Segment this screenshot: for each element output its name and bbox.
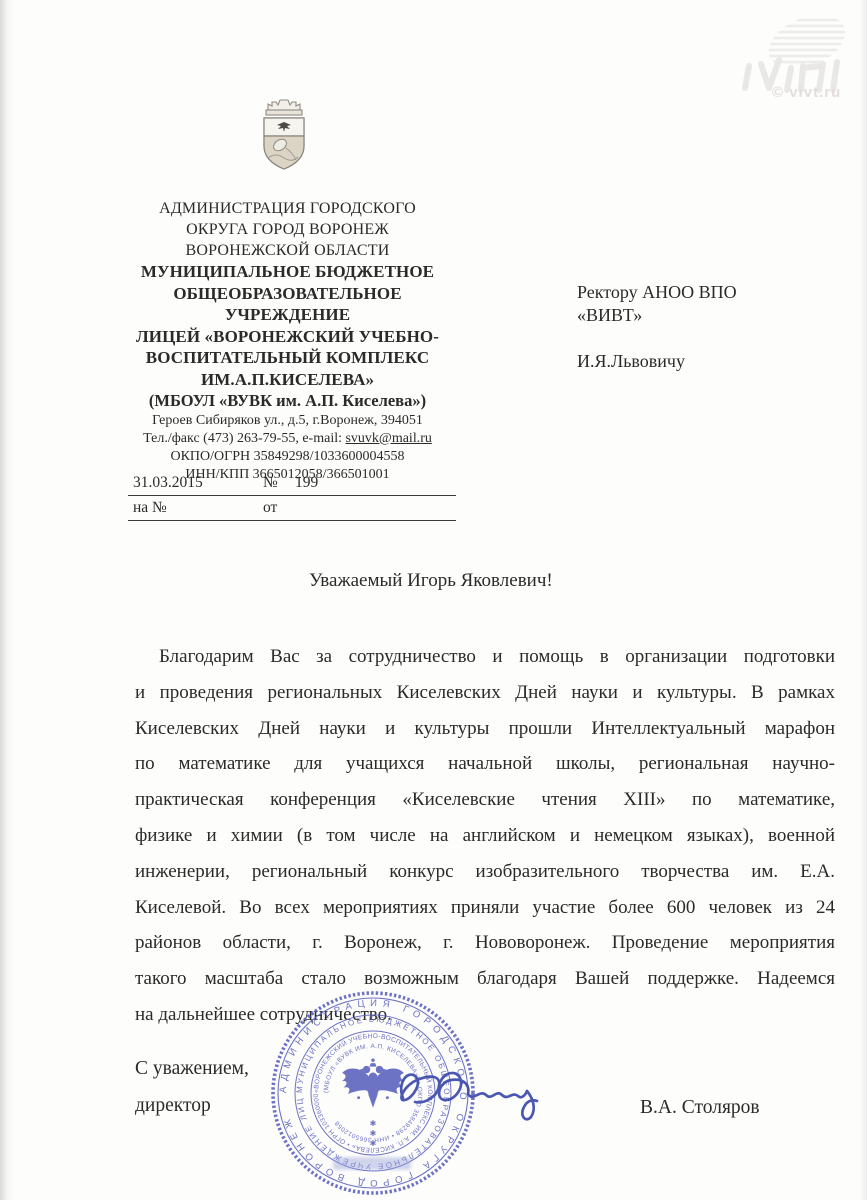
closing-regards: С уважением, xyxy=(135,1058,249,1080)
letterhead-admin-line: ОКРУГА ГОРОД ВОРОНЕЖ xyxy=(100,219,475,240)
body-line: Благодарим Вас за сотрудничество и помощ… xyxy=(135,639,835,675)
letterhead-org-short: (МБОУЛ «ВУВК им. А.П. Киселева») xyxy=(100,390,475,412)
salutation: Уважаемый Игорь Яковлевич! xyxy=(309,570,553,592)
voronezh-coat-of-arms-icon xyxy=(254,96,314,178)
body-line: районов области, г. Воронеж, г. Нововоро… xyxy=(135,925,835,961)
letterhead-org-line: УЧРЕЖДЕНИЕ xyxy=(100,304,475,326)
number-sign: № xyxy=(263,474,278,492)
reference-row-date: 31.03.2015 № 199 xyxy=(128,474,456,495)
scan-edge-right xyxy=(859,0,867,1200)
addressee-name: И.Я.Львовичу xyxy=(577,350,737,373)
body-line: физике и химии (в том числе на английско… xyxy=(135,818,835,854)
letter-date: 31.03.2015 xyxy=(133,474,203,492)
body-line: практическая конференция «Киселевские чт… xyxy=(135,782,835,818)
body-line: такого масштаба стало возможным благодар… xyxy=(135,961,835,997)
letter-body: Благодарим Вас за сотрудничество и помощ… xyxy=(135,639,835,1033)
scanned-letter-page: © vivt.ru АДМИНИСТРАЦИЯ ГОРОДСКОГО ОКРУГ… xyxy=(0,0,867,1200)
body-line: и проведения региональных Киселевских Дн… xyxy=(135,675,835,711)
reference-rule xyxy=(128,520,456,521)
body-line: Киселевой. Во всех мероприятиях приняли … xyxy=(135,890,835,926)
letterhead: АДМИНИСТРАЦИЯ ГОРОДСКОГО ОКРУГА ГОРОД ВО… xyxy=(100,198,475,484)
addressee-block: Ректору АНОО ВПО «ВИВТ» И.Я.Львовичу xyxy=(577,281,737,373)
letterhead-address: Героев Сибиряков ул., д.5, г.Воронеж, 39… xyxy=(100,412,475,430)
letterhead-email: svuvk@mail.ru xyxy=(345,431,431,446)
addressee-line: «ВИВТ» xyxy=(577,304,737,327)
letterhead-phone: Тел./факс (473) 263-79-55, e-mail: xyxy=(143,431,345,446)
watermark-credit: © vivt.ru xyxy=(772,84,841,101)
body-line: на дальнейшее сотрудничество. xyxy=(135,997,835,1033)
letterhead-admin-line: АДМИНИСТРАЦИЯ ГОРОДСКОГО xyxy=(100,198,475,219)
closing-position: директор xyxy=(135,1095,211,1117)
from-label: от xyxy=(263,499,277,517)
reference-rule xyxy=(128,495,456,496)
seal-smudge xyxy=(333,1157,411,1170)
letterhead-contact: Тел./факс (473) 263-79-55, e-mail: svuvk… xyxy=(100,430,475,448)
body-line: инженерии, региональный конкурс изобрази… xyxy=(135,854,835,890)
seal-star: ✱ xyxy=(370,1129,377,1138)
letterhead-admin-line: ВОРОНЕЖСКОЙ ОБЛАСТИ xyxy=(100,240,475,261)
letterhead-okpo-ogrn: ОКПО/ОГРН 35849298/1033600004558 xyxy=(100,448,475,466)
letterhead-org-line: ВОСПИТАТЕЛЬНЫЙ КОМПЛЕКС xyxy=(100,347,475,369)
letterhead-org-line: ИМ.А.П.КИСЕЛЕВА» xyxy=(100,369,475,391)
seal-star: ✱ xyxy=(370,1139,377,1148)
addressee-line: Ректору АНОО ВПО xyxy=(577,281,737,304)
reference-block: 31.03.2015 № 199 на № от xyxy=(128,474,456,520)
letterhead-org-line: МУНИЦИПАЛЬНОЕ БЮДЖЕТНОЕ xyxy=(100,261,475,283)
seal-star: ✱ xyxy=(370,1119,377,1128)
letterhead-org-line: ЛИЦЕЙ «ВОРОНЕЖСКИЙ УЧЕБНО- xyxy=(100,326,475,348)
reply-to-label: на № xyxy=(133,499,167,517)
reference-row-reply: на № от xyxy=(128,499,456,520)
body-line: по математике для учащихся начальной шко… xyxy=(135,746,835,782)
letter-number: 199 xyxy=(295,474,318,492)
scan-edge-left xyxy=(0,0,14,1200)
director-signature xyxy=(393,1052,563,1142)
letterhead-org-line: ОБЩЕОБРАЗОВАТЕЛЬНОЕ xyxy=(100,283,475,305)
body-line: Киселевских Дней науки и культуры прошли… xyxy=(135,711,835,747)
signer-name: В.А. Столяров xyxy=(640,1097,760,1119)
